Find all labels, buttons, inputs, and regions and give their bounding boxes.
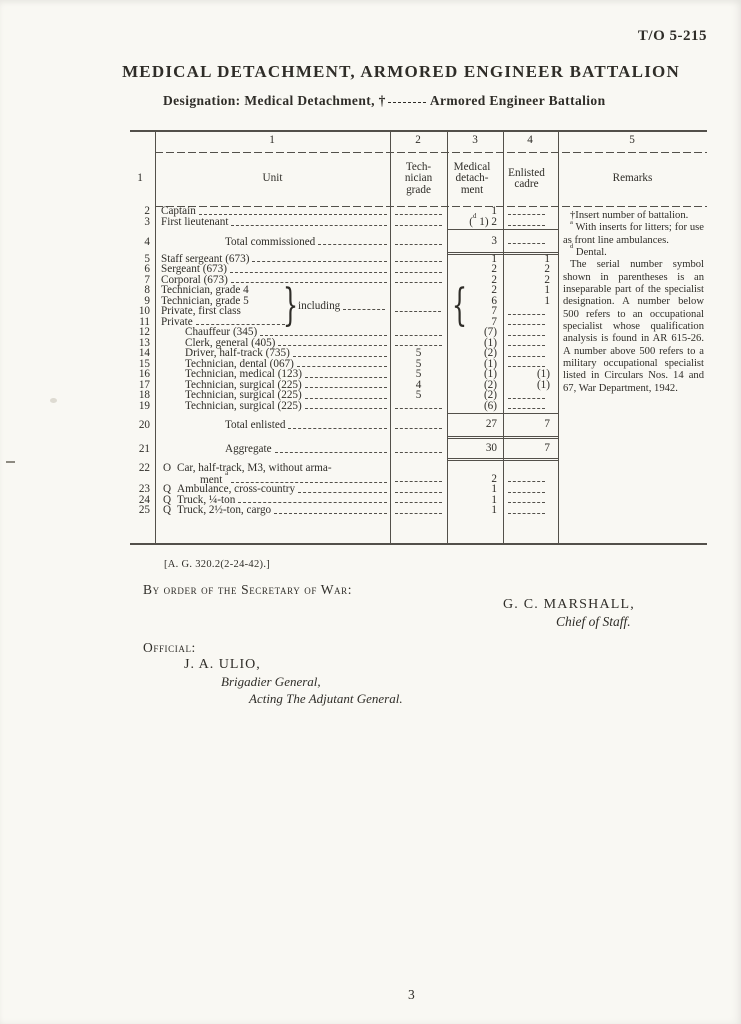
technician-grade-cell: 5 xyxy=(390,392,447,403)
technician-grade-cell xyxy=(390,276,447,287)
dotted-leader xyxy=(395,408,442,409)
medical-detachment-value: 30 xyxy=(486,443,497,454)
dotted-leader xyxy=(508,335,545,336)
dotted-leader xyxy=(293,356,387,357)
dotted-leader xyxy=(343,309,385,310)
header-enlisted-cadre: Enlistedcadre xyxy=(503,152,558,207)
header-remarks: Remarks xyxy=(558,152,707,207)
signature-title: Chief of Staff. xyxy=(556,614,631,630)
table-row-25: 25QTruck, 2½-ton, cargo1 xyxy=(130,507,707,518)
header-medical-detachment: Medicaldetach-ment xyxy=(447,152,503,207)
enlisted-cadre-cell xyxy=(503,392,558,403)
dotted-leader xyxy=(395,282,442,283)
unit-label: First lieutenant xyxy=(155,217,228,228)
row-number: 25 xyxy=(130,507,155,518)
medical-detachment-value: 27 xyxy=(486,419,497,430)
row-number: 21 xyxy=(130,439,155,461)
dotted-leader xyxy=(199,214,387,215)
dotted-leader xyxy=(508,314,545,315)
enlisted-cadre-cell: 7 xyxy=(503,413,558,439)
dotted-leader xyxy=(288,428,387,429)
medical-detachment-cell: 2 xyxy=(447,461,503,486)
designation-label: Designation: Medical Detachment, † xyxy=(163,93,386,108)
remarks-paragraph: The serial number symbol shown in parent… xyxy=(563,259,704,395)
dotted-leader xyxy=(508,398,545,399)
enlisted-cadre-value: 7 xyxy=(544,419,550,430)
dotted-leader xyxy=(508,356,545,357)
enlisted-cadre-cell xyxy=(503,207,558,218)
dotted-leader xyxy=(260,335,387,336)
dotted-leader xyxy=(508,225,545,226)
row-number: 19 xyxy=(130,402,155,413)
official-rank: Brigadier General, xyxy=(221,674,321,690)
dotted-leader xyxy=(275,452,387,453)
medical-detachment-cell: 1 xyxy=(447,507,503,518)
table-row-20: 20Total enlisted277 xyxy=(130,413,707,439)
medical-detachment-cell: (d 1) 2 xyxy=(447,218,503,229)
medical-detachment-cell: (6) xyxy=(447,402,503,413)
technician-grade-cell xyxy=(390,287,447,298)
technician-grade-cell xyxy=(390,318,447,329)
remarks-paragraph: a With inserts for litters; for use as f… xyxy=(563,222,704,247)
unit-label: Total commissioned xyxy=(155,237,315,248)
technician-grade-cell xyxy=(390,218,447,229)
column-number-1: 1 xyxy=(252,135,292,146)
doc-number: T/O 5-215 xyxy=(638,28,707,45)
dotted-leader xyxy=(395,428,442,429)
dotted-leader xyxy=(395,513,442,514)
vehicle-branch-prefix: Q xyxy=(155,505,177,516)
column-number-5: 5 xyxy=(612,135,652,146)
vehicle-branch-prefix: O xyxy=(155,463,177,474)
table-bottom-border xyxy=(130,543,707,545)
dotted-leader xyxy=(395,311,441,312)
unit-label: Truck, 2½-ton, cargo xyxy=(177,505,271,516)
remarks-cell xyxy=(558,496,707,507)
enlisted-cadre-value: 1 xyxy=(544,296,550,307)
official-name: J. A. ULIO, xyxy=(184,657,261,673)
dotted-leader xyxy=(395,214,442,215)
row-number: 6 xyxy=(130,266,155,277)
dotted-leader xyxy=(508,214,545,215)
row-number: 20 xyxy=(130,413,155,439)
dotted-leader xyxy=(297,366,387,367)
unit-label: Total enlisted xyxy=(155,420,285,431)
unit-cell: Technician, surgical (225) xyxy=(155,402,390,413)
dotted-leader xyxy=(395,261,442,262)
dotted-leader xyxy=(305,398,387,399)
row-number: 3 xyxy=(130,218,155,229)
enlisted-cadre-cell xyxy=(503,339,558,350)
table-row-19: 19Technician, surgical (225)(6) xyxy=(130,402,707,413)
page-number: 3 xyxy=(408,987,415,1003)
dotted-leader xyxy=(395,492,442,493)
organization-table: 12345 1 Unit Tech-niciangrade Medicaldet… xyxy=(130,130,707,544)
remarks-cell xyxy=(558,439,707,461)
enlisted-cadre-cell xyxy=(503,218,558,229)
dotted-leader xyxy=(395,481,442,482)
enlisted-cadre-cell xyxy=(503,461,558,486)
table-row-22: 22OCar, half-track, M3, without arma-men… xyxy=(130,461,707,486)
dotted-leader xyxy=(305,377,387,378)
dotted-leader xyxy=(252,261,387,262)
enlisted-cadre-cell xyxy=(503,486,558,497)
official-label: Official: xyxy=(143,640,196,656)
header-unit: Unit xyxy=(155,152,390,207)
unit-cell: QTruck, 2½-ton, cargo xyxy=(155,507,390,518)
row-number: 8 xyxy=(130,287,155,298)
technician-grade-cell xyxy=(390,229,447,255)
group-brace-right: } xyxy=(283,277,298,338)
remarks-paragraph: †Insert number of battalion. xyxy=(563,210,704,222)
row-number: 2 xyxy=(130,207,155,218)
remarks-cell xyxy=(558,402,707,413)
dotted-leader xyxy=(395,452,442,453)
including-label-row: including xyxy=(298,300,388,312)
dotted-leader xyxy=(508,492,545,493)
technician-grade-cell xyxy=(390,439,447,461)
enlisted-cadre-cell: (1) xyxy=(503,381,558,392)
enlisted-cadre-cell xyxy=(503,308,558,319)
unit-label: Car, half-track, M3, without arma- xyxy=(177,463,332,474)
unit-cell: OCar, half-track, M3, without arma-ment … xyxy=(155,461,390,486)
unit-label: Aggregate xyxy=(155,444,272,455)
row-number: 4 xyxy=(130,229,155,255)
dotted-leader xyxy=(508,243,545,244)
page-title: MEDICAL DETACHMENT, ARMORED ENGINEER BAT… xyxy=(95,62,707,82)
technician-grade-cell xyxy=(390,207,447,218)
dotted-leader xyxy=(305,408,387,409)
remarks-cell xyxy=(558,461,707,486)
unit-label: Technician, surgical (225) xyxy=(155,401,302,412)
dotted-leader xyxy=(395,335,442,336)
technician-grade-cell xyxy=(390,402,447,413)
medical-detachment-value: 1 xyxy=(491,505,497,516)
remarks-cell xyxy=(558,413,707,439)
dotted-leader xyxy=(508,345,545,346)
header-technician-grade: Tech-niciangrade xyxy=(390,152,447,207)
dotted-leader xyxy=(395,225,442,226)
row-number: 5 xyxy=(130,255,155,266)
unit-line-1: OCar, half-track, M3, without arma- xyxy=(155,462,390,474)
dotted-leader xyxy=(318,244,387,245)
remarks-cell xyxy=(558,507,707,518)
technician-grade-cell xyxy=(390,496,447,507)
document-page: T/O 5-215 MEDICAL DETACHMENT, ARMORED EN… xyxy=(0,0,741,1024)
dotted-leader xyxy=(395,244,442,245)
technician-grade-value: 5 xyxy=(416,390,422,401)
table-top-border xyxy=(130,130,707,132)
technician-grade-cell xyxy=(390,507,447,518)
medical-detachment-cell: 30 xyxy=(447,439,503,461)
remarks-paragraph: d Dental. xyxy=(563,247,704,259)
medical-detachment-value: 3 xyxy=(491,236,497,247)
enlisted-cadre-cell xyxy=(503,329,558,340)
header-row-number: 1 xyxy=(130,152,155,207)
group-brace-left: { xyxy=(452,277,467,338)
dotted-leader xyxy=(508,324,545,325)
dotted-leader xyxy=(231,282,387,283)
dotted-leader xyxy=(395,502,442,503)
technician-grade-cell xyxy=(390,255,447,266)
scan-artifact xyxy=(6,461,15,463)
dotted-leader xyxy=(196,324,285,325)
dotted-leader xyxy=(395,272,442,273)
by-order-line: By order of the Secretary of War: xyxy=(143,582,352,598)
dotted-leader xyxy=(508,481,545,482)
scan-artifact xyxy=(50,398,57,403)
technician-grade-cell xyxy=(390,461,447,486)
technician-grade-cell xyxy=(390,329,447,340)
unit-cell: Total enlisted xyxy=(155,413,390,439)
technician-grade-cell xyxy=(390,266,447,277)
dotted-leader xyxy=(395,345,442,346)
enlisted-cadre-cell xyxy=(503,318,558,329)
medical-detachment-cell: 27 xyxy=(447,413,503,439)
table-header-row: 1 Unit Tech-niciangrade Medicaldetach-me… xyxy=(130,152,707,207)
enlisted-cadre-cell xyxy=(503,229,558,255)
enlisted-cadre-cell xyxy=(503,402,558,413)
medical-detachment-cell: 3 xyxy=(447,229,503,255)
column-number-3: 3 xyxy=(455,135,495,146)
technician-grade-cell xyxy=(390,308,447,319)
designation-line: Designation: Medical Detachment, †Armore… xyxy=(163,93,605,109)
enlisted-cadre-cell xyxy=(503,496,558,507)
designation-suffix: Armored Engineer Battalion xyxy=(430,93,606,108)
table-row-21: 21Aggregate307 xyxy=(130,439,707,461)
enlisted-cadre-cell xyxy=(503,507,558,518)
column-number-2: 2 xyxy=(398,135,438,146)
technician-grade-cell xyxy=(390,297,447,308)
enlisted-cadre-cell xyxy=(503,350,558,361)
dotted-leader xyxy=(305,387,387,388)
medical-detachment-value: (d 1) 2 xyxy=(469,217,497,228)
dotted-leader xyxy=(230,272,387,273)
remarks-text: †Insert number of battalion.a With inser… xyxy=(563,210,704,395)
dotted-leader xyxy=(238,502,387,503)
technician-grade-cell xyxy=(390,413,447,439)
row-number: 7 xyxy=(130,276,155,287)
dotted-leader xyxy=(508,502,545,503)
dotted-leader xyxy=(278,345,387,346)
dotted-leader xyxy=(508,408,545,409)
unit-cell: First lieutenant xyxy=(155,218,390,229)
enlisted-cadre-value: 7 xyxy=(544,443,550,454)
medical-detachment-value: (6) xyxy=(484,401,497,412)
designation-blank-line xyxy=(388,102,426,103)
enlisted-cadre-value: (1) xyxy=(537,380,550,391)
dotted-leader xyxy=(231,225,387,226)
enlisted-cadre-cell: 7 xyxy=(503,439,558,461)
signature-name: G. C. MARSHALL, xyxy=(503,597,635,613)
row-number: 22 xyxy=(130,461,155,486)
dotted-leader xyxy=(298,492,387,493)
dotted-leader xyxy=(508,366,545,367)
official-title: Acting The Adjutant General. xyxy=(249,691,403,707)
unit-cell: Aggregate xyxy=(155,439,390,461)
ag-reference-note: [A. G. 320.2(2-24-42).] xyxy=(164,559,270,570)
dotted-leader xyxy=(274,513,387,514)
remarks-cell xyxy=(558,486,707,497)
enlisted-cadre-cell: 1 xyxy=(503,297,558,308)
technician-grade-cell xyxy=(390,486,447,497)
unit-cell: Total commissioned xyxy=(155,229,390,255)
including-label: including xyxy=(298,301,340,312)
column-number-4: 4 xyxy=(510,135,550,146)
dotted-leader xyxy=(508,513,545,514)
